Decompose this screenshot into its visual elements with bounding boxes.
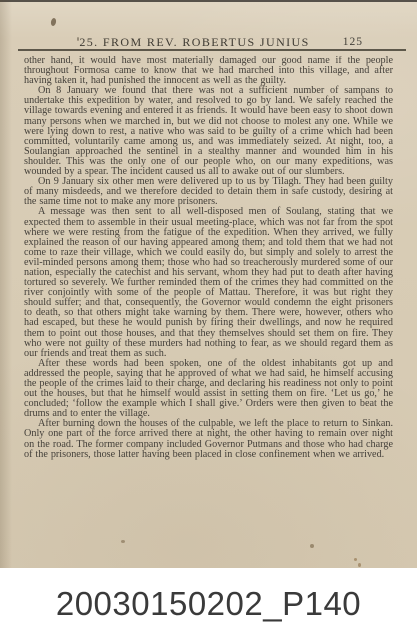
paper-speck xyxy=(358,563,361,567)
paragraph: After these words had been spoken, one o… xyxy=(24,359,393,420)
book-page-scan: 25. FROM REV. ROBERTUS JUNIUS 125 other … xyxy=(0,0,417,640)
header-rule xyxy=(18,49,406,51)
image-id-bar: 20030150202_P140 xyxy=(0,568,417,640)
paragraph: On 9 January six other men were delivere… xyxy=(24,177,393,207)
paragraph: On 8 January we found that there was not… xyxy=(24,86,393,177)
paragraph: other hand, it would have most materiall… xyxy=(24,56,393,86)
paragraph: After burning down the houses of the cul… xyxy=(24,419,393,459)
paper-speck xyxy=(354,558,357,561)
paper-speck xyxy=(310,544,314,548)
paper-speck xyxy=(77,37,79,41)
image-id-label: 20030150202_P140 xyxy=(56,585,361,623)
paragraph: A message was then sent to all well-disp… xyxy=(24,207,393,358)
page-top-edge xyxy=(0,0,417,2)
paper-speck xyxy=(50,18,57,27)
paper-speck xyxy=(121,540,125,543)
page-number: 125 xyxy=(343,36,363,48)
page-left-edge-shadow xyxy=(0,0,12,568)
page-body-text: other hand, it would have most materiall… xyxy=(24,56,393,514)
section-title: 25. FROM REV. ROBERTUS JUNIUS xyxy=(10,35,379,50)
